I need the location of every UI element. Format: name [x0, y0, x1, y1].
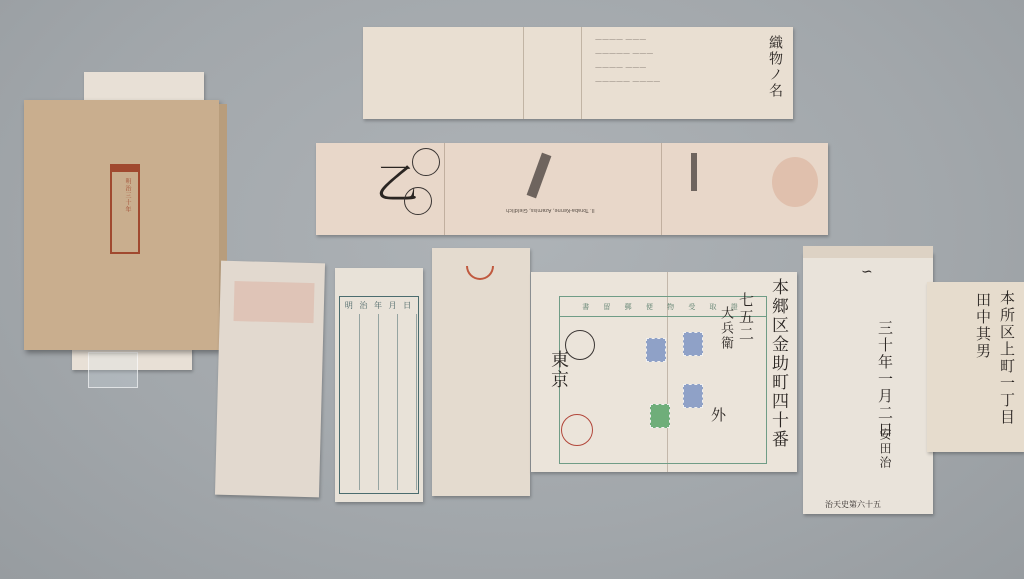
printed-form-letter: 明 治 年 月 日	[335, 268, 423, 502]
envelope-far-right: 本所区上町一丁目 田中其男	[927, 282, 1024, 452]
postage-stamp-blue	[646, 338, 666, 362]
folder-cover: 明治三十年	[24, 100, 219, 350]
red-stain	[234, 281, 315, 323]
postmark	[412, 148, 440, 176]
form-header: 明 治 年 月 日	[343, 300, 415, 311]
fold-line	[444, 143, 445, 235]
sender-text: 安田治	[877, 428, 894, 470]
postage-stamp-blue	[683, 332, 703, 356]
postage-stamp-green	[650, 404, 670, 428]
address-line1: 本所区上町一丁目	[997, 290, 1018, 426]
bottom-text: 外	[708, 407, 729, 424]
pencil-notes: ———— ——— ————— ——— ———— ——— ————— ————	[595, 35, 745, 91]
fold-line	[581, 27, 582, 119]
fold-line	[523, 27, 524, 119]
postage-stamp-blue	[683, 384, 703, 408]
red-crest	[466, 266, 494, 280]
postmark-red	[561, 414, 593, 446]
stain	[772, 157, 818, 207]
fold-line	[661, 143, 662, 235]
document-folder: 明治三十年	[24, 70, 229, 380]
ink-mark: ∽	[861, 264, 873, 280]
left-text: 東京	[545, 350, 571, 390]
strip-title: 織物ノ名	[765, 35, 785, 99]
postmark	[404, 187, 432, 215]
folder-seal-text: 明治三十年	[123, 178, 132, 213]
address-line2: 田中其男	[973, 292, 994, 360]
acrylic-stand	[88, 352, 138, 388]
folder-seal: 明治三十年	[110, 164, 140, 254]
brush-mark-right	[691, 153, 697, 191]
envelope-middle	[432, 248, 530, 496]
address-text: 本郷区金助町四十番	[766, 278, 791, 449]
top-paper-strip: ———— ——— ————— ——— ———— ——— ————— ———— 織…	[363, 27, 793, 119]
form-columns	[341, 314, 417, 490]
printed-address: II. Toraba-Kenne, Azamiss, Gieldlich	[506, 207, 595, 213]
envelope-left	[215, 261, 325, 498]
envelope-flap	[803, 246, 933, 258]
side-text: 大兵衛	[716, 306, 735, 351]
envelope-right: ∽ 三十年一月二日 安田治 治天史第六十五	[803, 252, 933, 514]
brush-mark-center	[527, 153, 552, 199]
number-text: 七五二	[736, 292, 757, 343]
postal-wrapper-strip: 乙 II. Toraba-Kenne, Azamiss, Gieldlich	[316, 143, 828, 235]
bottom-text: 治天史第六十五	[825, 499, 881, 510]
postal-receipt-form: 書 留 郵 便 物 受 取 證 本郷区金助町四十番 七五二 大兵衛 外 東京	[531, 272, 797, 472]
date-text: 三十年一月二日	[875, 320, 896, 439]
